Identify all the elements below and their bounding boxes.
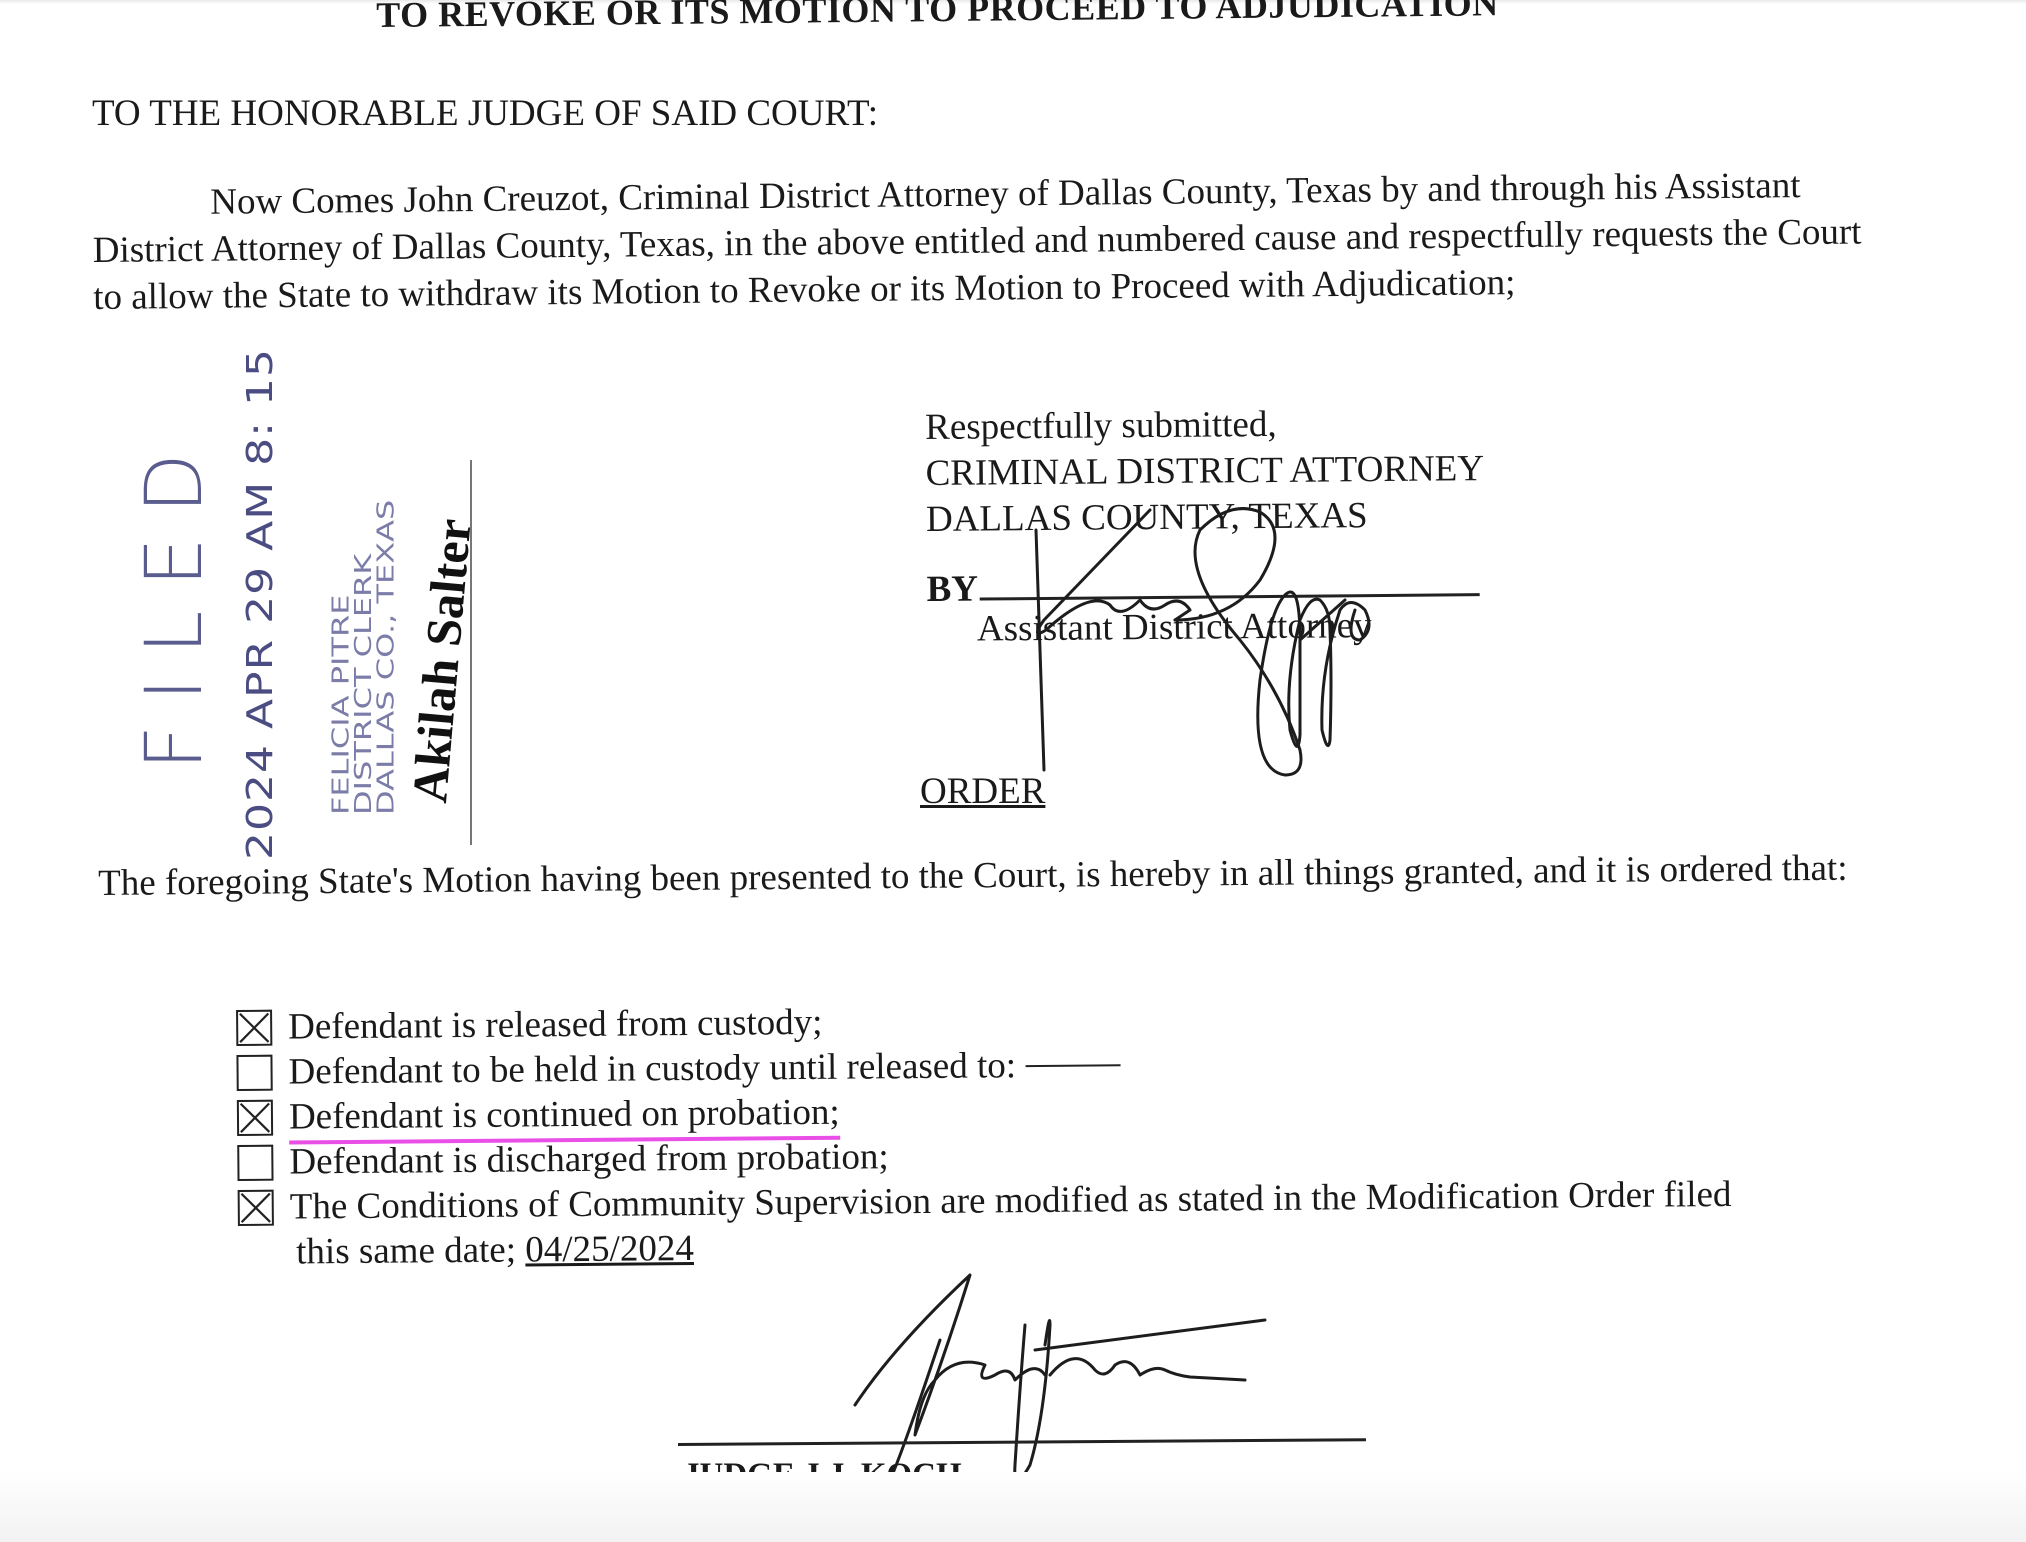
filed-stamp-datetime: 2024 APR 29 AM 8: 15	[240, 348, 281, 860]
checkbox-unchecked[interactable]	[237, 1144, 273, 1180]
filed-stamp-label: FILED	[130, 429, 220, 770]
order-item-continuation-text: this same date;	[296, 1228, 516, 1275]
order-item-text-highlighted: Defendant is continued on probation;	[289, 1090, 840, 1140]
closing: Respectfully submitted,	[925, 400, 1484, 451]
stamp-divider	[470, 460, 472, 845]
motion-paragraph-text: Now Comes John Creuzot, Criminal Distric…	[93, 165, 1862, 318]
checkbox-checked[interactable]	[236, 1009, 272, 1045]
ada-signature-icon	[1000, 500, 1460, 790]
clerk-line-3: DALLAS CO., TEXAS	[375, 500, 397, 815]
order-item-text: Defendant is released from custody;	[288, 1000, 823, 1050]
order-item-text: Defendant to be held in custody until re…	[288, 1043, 1016, 1094]
by-label: BY	[926, 569, 978, 610]
modification-date: 04/25/2024	[525, 1226, 694, 1272]
order-heading: ORDER	[920, 770, 1045, 813]
order-checklist: Defendant is released from custody; Defe…	[236, 992, 1732, 1275]
checkbox-unchecked[interactable]	[236, 1054, 272, 1090]
office: CRIMINAL DISTRICT ATTORNEY	[925, 446, 1484, 497]
salutation: TO THE HONORABLE JUDGE OF SAID COURT:	[92, 92, 878, 135]
checkbox-checked[interactable]	[237, 1099, 273, 1135]
motion-paragraph: Now Comes John Creuzot, Criminal Distric…	[92, 161, 1893, 321]
page-bottom-edge	[0, 1472, 2026, 1542]
document-title: TO REVOKE OR ITS MOTION TO PROCEED TO AD…	[376, 0, 1499, 36]
order-paragraph: The foregoing State's Motion having been…	[98, 844, 1898, 907]
checkbox-checked[interactable]	[238, 1189, 274, 1225]
filed-stamp-clerk: FELICIA PITRE DISTRICT CLERK DALLAS CO.,…	[330, 500, 397, 815]
release-to-blank[interactable]	[1026, 1064, 1121, 1067]
